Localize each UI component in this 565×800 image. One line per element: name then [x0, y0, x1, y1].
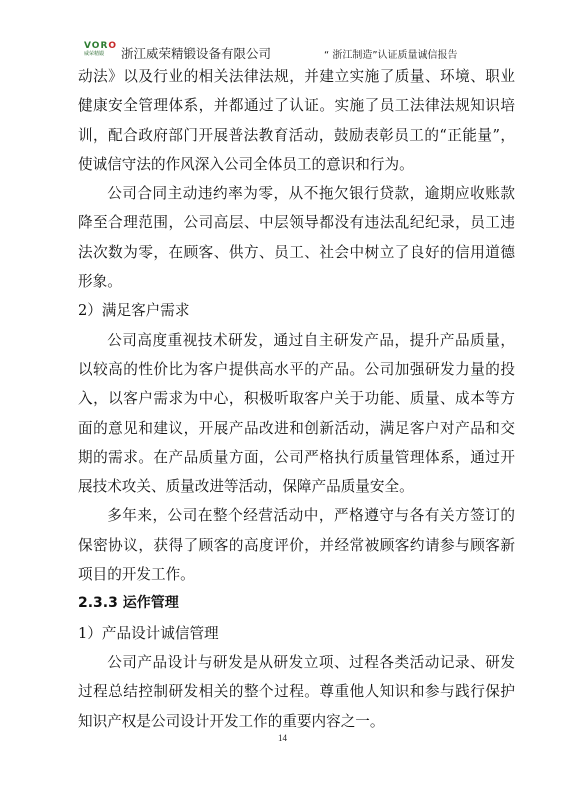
paragraph: 公司合同主动违约率为零，从不拖欠银行贷款，逾期应收账款降至合理范围，公司高层、中…: [78, 179, 515, 296]
page-header: VORO 威荣精锻 浙江威荣精锻设备有限公司 “ 浙江制造”认证质量诚信报告: [84, 40, 504, 62]
paragraph: 公司产品设计与研发是从研发立项、过程各类活动记录、研发过程总结控制研发相关的整个…: [78, 648, 515, 736]
document-body: 动法》以及行业的相关法律法规，并建立实施了质量、环境、职业健康安全管理体系，并都…: [78, 62, 515, 736]
paragraph: 公司高度重视技术研发，通过自主研发产品，提升产品质量，以较高的性价比为客户提供高…: [78, 326, 515, 502]
company-logo: VORO 威荣精锻: [84, 41, 120, 61]
paragraph: 多年来，公司在整个经营活动中，严格遵守与各有关方签订的保密协议，获得了顾客的高度…: [78, 501, 515, 589]
paragraph: 动法》以及行业的相关法律法规，并建立实施了质量、环境、职业健康安全管理体系，并都…: [78, 62, 515, 179]
logo-subtext: 威荣精锻: [84, 51, 120, 58]
page-number: 14: [0, 733, 565, 743]
subheading: 2）满足客户需求: [78, 296, 515, 325]
subheading: 1）产品设计诚信管理: [78, 619, 515, 648]
report-title: “ 浙江制造”认证质量诚信报告: [324, 46, 458, 61]
company-name: 浙江威荣精锻设备有限公司: [121, 44, 271, 62]
logo-text: VORO: [84, 41, 120, 51]
section-heading: 2.3.3 运作管理: [78, 589, 515, 618]
